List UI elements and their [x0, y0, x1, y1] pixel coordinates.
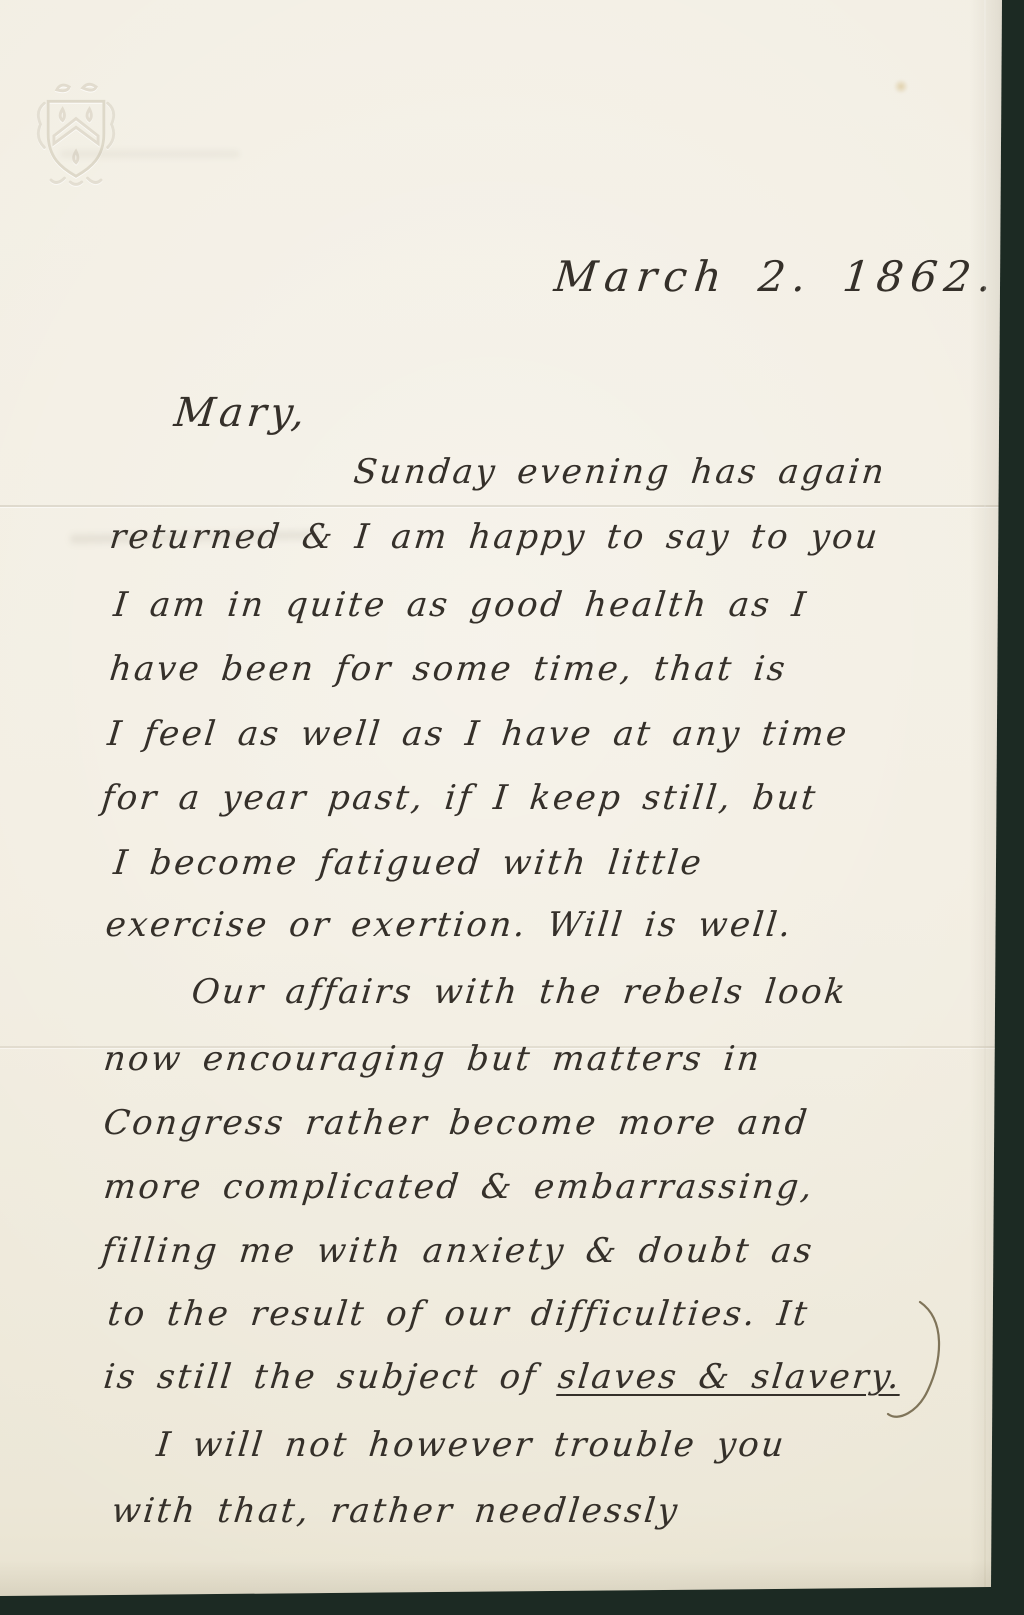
letter-line: for a year past, if I keep still, but	[100, 781, 819, 815]
salutation: Mary,	[172, 390, 311, 436]
embossed-crest-seal-icon	[28, 78, 124, 190]
letter-line: more complicated & embarrassing,	[102, 1170, 816, 1204]
letter-photograph: March 2. 1862. Mary, Sunday evening has …	[0, 0, 1024, 1615]
letter-page: March 2. 1862. Mary, Sunday evening has …	[0, 0, 1024, 1615]
page-bottom-shadow	[0, 1560, 1000, 1600]
letter-line: exercise or exertion. Will is well.	[104, 908, 794, 942]
letter-line: Sunday evening has again	[352, 455, 888, 489]
letter-line: I will not however trouble you	[155, 1428, 788, 1462]
underlined-phrase: slaves & slavery.	[556, 1357, 904, 1397]
date-line: March 2. 1862.	[552, 252, 1001, 301]
line-prefix: is still the subject of	[102, 1357, 561, 1397]
letter-line: I become fatigued with little	[112, 846, 705, 880]
letter-line: Our affairs with the rebels look	[190, 975, 849, 1009]
letter-line: I feel as well as I have at any time	[106, 717, 851, 751]
paper-stain	[893, 80, 909, 93]
page-edge-highlight	[984, 0, 986, 1595]
letter-line: filling me with anxiety & doubt as	[100, 1234, 816, 1268]
letter-line: Congress rather become more and	[102, 1106, 811, 1140]
fold-crease	[0, 505, 1000, 507]
letter-line: now encouraging but matters in	[102, 1042, 763, 1076]
letter-line: to the result of our difficulties. It	[106, 1297, 811, 1331]
letter-line: is still the subject of slaves & slavery…	[102, 1360, 903, 1394]
letter-line: returned & I am happy to say to you	[108, 520, 881, 554]
letter-line: have been for some time, that is	[108, 652, 789, 686]
letter-line: with that, rather needlessly	[110, 1494, 681, 1528]
letter-line: I am in quite as good health as I	[112, 588, 810, 622]
page-edge-shadow	[970, 0, 1010, 1600]
